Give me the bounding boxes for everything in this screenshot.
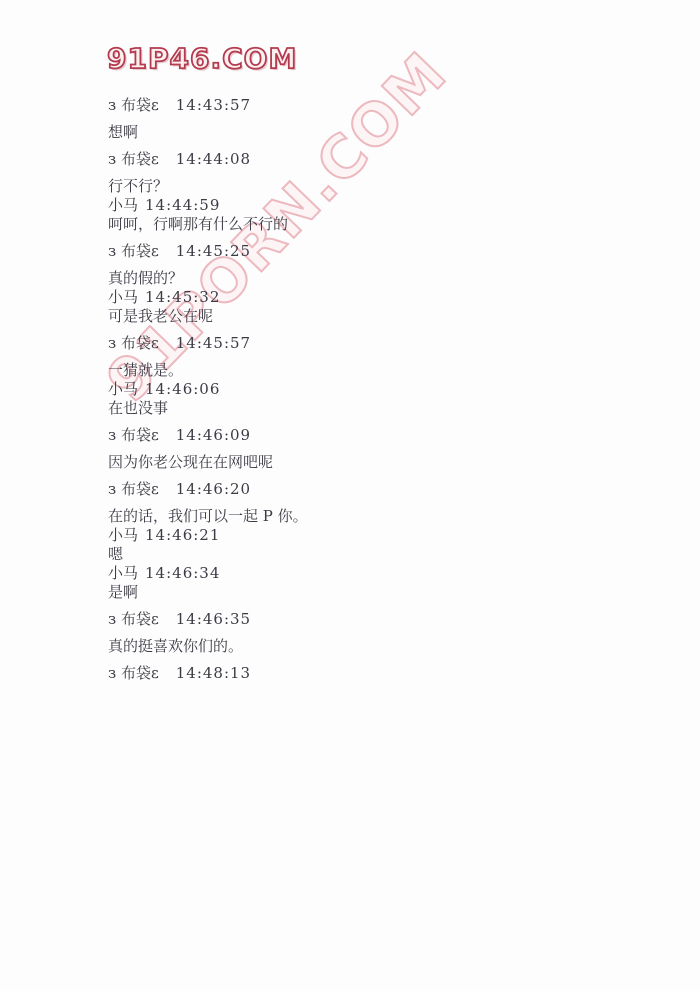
timestamp: 14:46:20 [176, 480, 251, 498]
timestamp: 14:46:35 [176, 610, 251, 628]
timestamp: 14:45:32 [145, 288, 220, 306]
speaker-name: 小马 [108, 564, 138, 582]
chat-message: 可是我老公在呢 [108, 307, 308, 326]
timestamp: 14:48:13 [176, 664, 251, 682]
speaker-name: 小马 [108, 380, 138, 398]
speaker-name: з 布袋ε [108, 96, 159, 114]
chat-header-budai: з 布袋ε14:43:57 [108, 96, 308, 115]
chat-log: з 布袋ε14:43:57想啊з 布袋ε14:44:08行不行？小马14:44:… [108, 88, 308, 691]
speaker-name: з 布袋ε [108, 426, 159, 444]
chat-message: 是啊 [108, 583, 308, 602]
chat-header-xiaoma: 小马14:45:32 [108, 288, 308, 307]
chat-header-budai: з 布袋ε14:46:09 [108, 426, 308, 445]
timestamp: 14:44:59 [145, 196, 220, 214]
speaker-name: з 布袋ε [108, 334, 159, 352]
chat-message: 在也没事 [108, 399, 308, 418]
timestamp: 14:43:57 [176, 96, 251, 114]
chat-message: 一猜就是。 [108, 361, 308, 380]
chat-header-xiaoma: 小马14:46:06 [108, 380, 308, 399]
chat-message: 真的挺喜欢你们的。 [108, 637, 308, 656]
chat-header-budai: з 布袋ε14:45:25 [108, 242, 308, 261]
speaker-name: 小马 [108, 196, 138, 214]
chat-header-budai: з 布袋ε14:46:20 [108, 480, 308, 499]
timestamp: 14:46:34 [145, 564, 220, 582]
chat-header-xiaoma: 小马14:46:34 [108, 564, 308, 583]
chat-header-budai: з 布袋ε14:44:08 [108, 150, 308, 169]
chat-header-xiaoma: 小马14:46:21 [108, 526, 308, 545]
speaker-name: з 布袋ε [108, 480, 159, 498]
chat-message: 因为你老公现在在网吧呢 [108, 453, 308, 472]
speaker-name: 小马 [108, 288, 138, 306]
timestamp: 14:46:06 [145, 380, 220, 398]
chat-header-xiaoma: 小马14:44:59 [108, 196, 308, 215]
speaker-name: з 布袋ε [108, 150, 159, 168]
speaker-name: з 布袋ε [108, 610, 159, 628]
timestamp: 14:44:08 [176, 150, 251, 168]
page: 91PORN.COM 91P46.COM з 布袋ε14:43:57想啊з 布袋… [0, 0, 700, 991]
site-logo: 91P46.COM [107, 42, 297, 75]
speaker-name: з 布袋ε [108, 664, 159, 682]
chat-message: 行不行？ [108, 177, 308, 196]
chat-message: 嗯 [108, 545, 308, 564]
chat-message: 在的话，我们可以一起 P 你。 [108, 507, 308, 526]
timestamp: 14:45:25 [176, 242, 251, 260]
timestamp: 14:45:57 [176, 334, 251, 352]
chat-message: 想啊 [108, 123, 308, 142]
chat-header-budai: з 布袋ε14:46:35 [108, 610, 308, 629]
chat-message: 呵呵，行啊那有什么不行的 [108, 215, 308, 234]
speaker-name: з 布袋ε [108, 242, 159, 260]
timestamp: 14:46:09 [176, 426, 251, 444]
chat-header-budai: з 布袋ε14:45:57 [108, 334, 308, 353]
timestamp: 14:46:21 [145, 526, 220, 544]
chat-header-budai: з 布袋ε14:48:13 [108, 664, 308, 683]
chat-message: 真的假的？ [108, 269, 308, 288]
speaker-name: 小马 [108, 526, 138, 544]
